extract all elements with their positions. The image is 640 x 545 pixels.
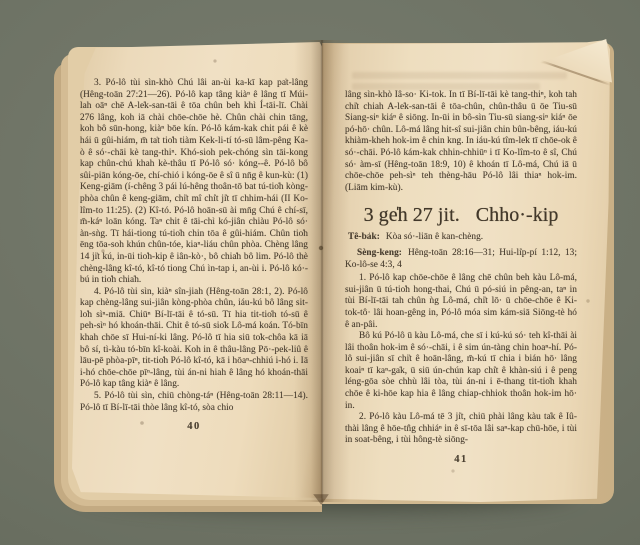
paragraph-5: 5. Pó-lô tùi sìn, chiū chòng-táⁿ (Hêng-t… xyxy=(80,391,308,414)
paper-specks xyxy=(0,0,2,2)
section-paragraph-2: 2. Pó-lô kàu Lô-má tē 3 ji̍t, chiū phài … xyxy=(345,412,577,447)
scripture-label: Sèng-keng: xyxy=(357,248,402,258)
right-page-text: lâng sìn-khò Iâ-so· Ki-tok. In tī Bí-lī-… xyxy=(345,90,577,466)
topic-label: Tê-ba̍k: xyxy=(348,232,380,242)
section-heading: 3 ge̍h 27 jit. Chho·-kip xyxy=(345,203,577,227)
left-page-text: 3. Pó-lô tùi sìn-khò Chú lâi an-ùi ka-kī… xyxy=(80,78,308,433)
ink-bleed-through xyxy=(352,83,540,90)
topic-text: Kòa só·-liān ê kan-chèng. xyxy=(386,232,483,242)
section-heading-title: Chho·-kip xyxy=(476,203,559,227)
paragraph-4: 4. Pó-lô tùi sìn, kiàⁿ sîn-jiah (Hêng-to… xyxy=(80,287,308,391)
section-paragraph-1: 1. Pó-lô kap chōe-chōe ê lâng chē chûn b… xyxy=(345,273,577,331)
right-page-number: 41 xyxy=(345,454,577,466)
section-paragraph-1b: Bô kú Pó-lô ū kàu Lô-má, che sī i kú-kú … xyxy=(345,331,577,412)
book-photo: 3. Pó-lô tùi sìn-khò Chú lâi an-ùi ka-kī… xyxy=(0,0,640,545)
section-heading-date: 3 ge̍h 27 jit. xyxy=(364,203,460,227)
topic-line: Tê-ba̍k:Kòa só·-liān ê kan-chèng. xyxy=(345,232,577,244)
continuation-paragraph: lâng sìn-khò Iâ-so· Ki-tok. In tī Bí-lī-… xyxy=(345,90,577,194)
scripture-line: Sèng-keng:Hêng-toān 28:16—31; Hui-li̍p-p… xyxy=(345,248,577,271)
paragraph-3: 3. Pó-lô tùi sìn-khò Chú lâi an-ùi ka-kī… xyxy=(80,78,308,287)
left-page-number: 40 xyxy=(80,421,308,433)
ink-bleed-through xyxy=(352,72,567,79)
